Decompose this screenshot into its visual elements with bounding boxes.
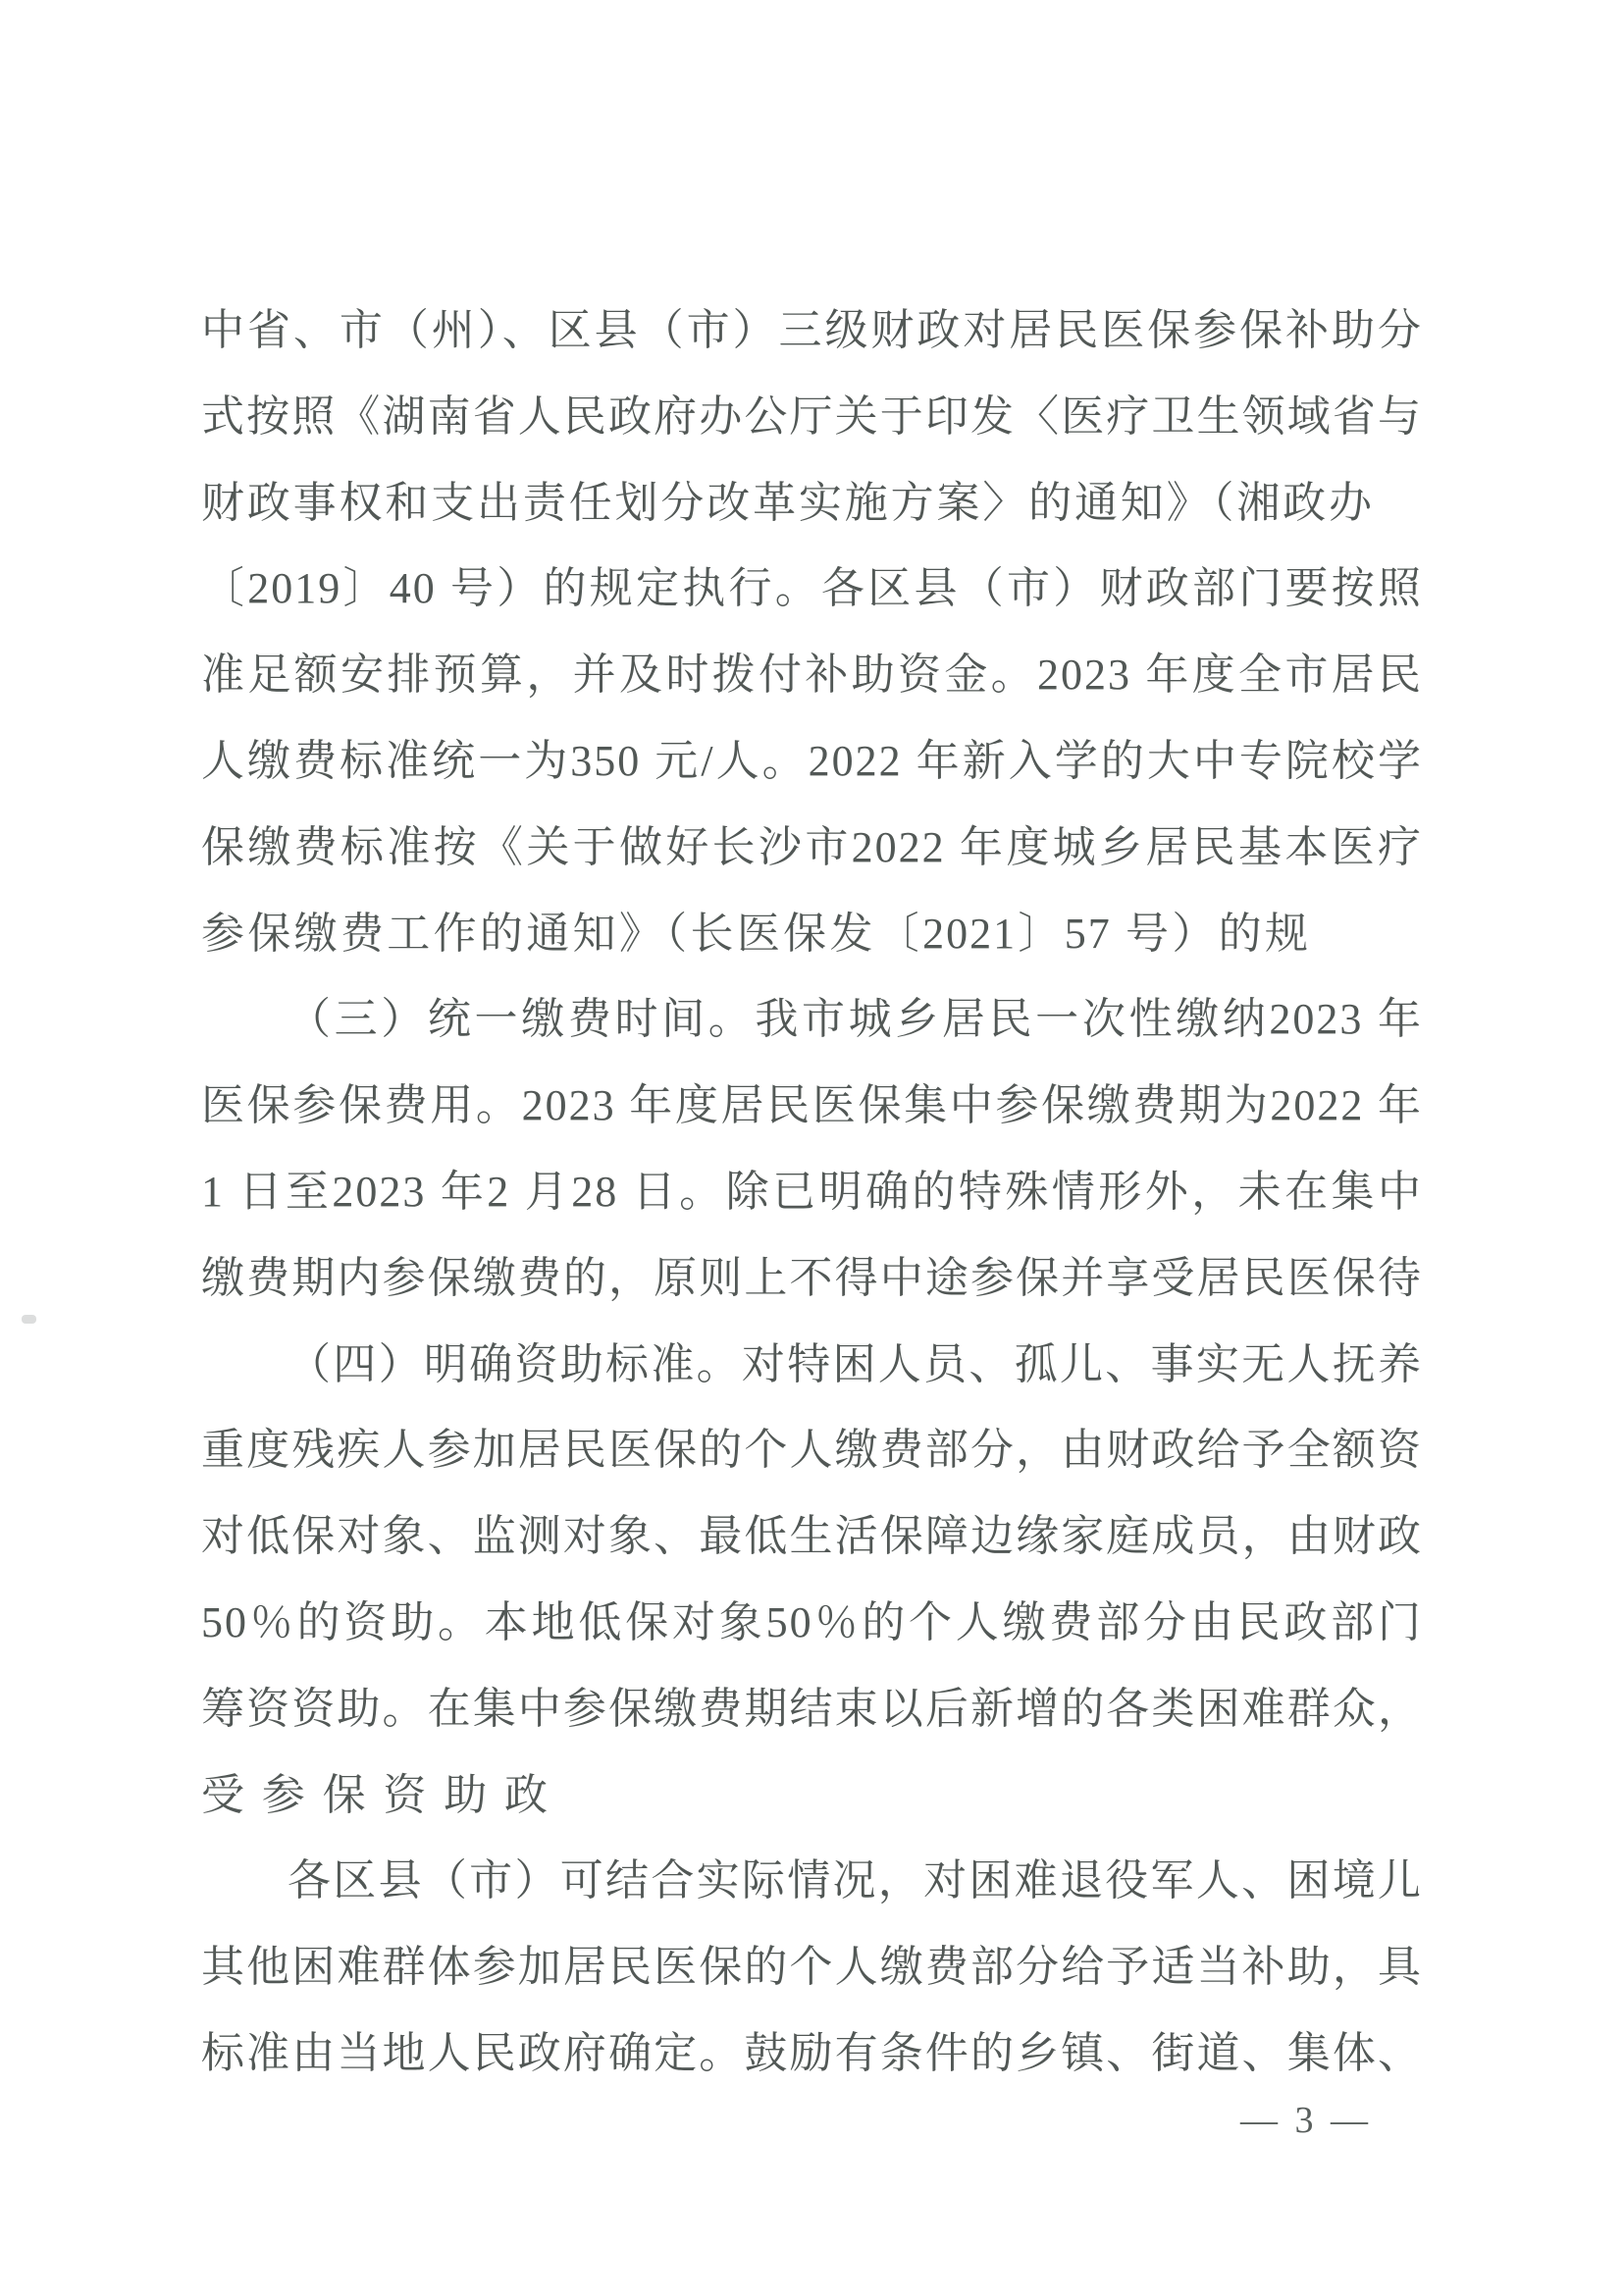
text-line-paragraph-start: 各区县（市）可结合实际情况，对困难退役军人、困境儿童等 bbox=[201, 1838, 1423, 1924]
text-line: 人缴费标准统一为350 元/人。2022 年新入学的大中专院校学生参 bbox=[201, 718, 1423, 805]
text-line: 参保缴费工作的通知》（长医保发〔2021〕57 号）的规定执行。 bbox=[201, 891, 1423, 977]
text-line: 其他困难群体参加居民医保的个人缴费部分给予适当补助，具体 bbox=[201, 1924, 1423, 2010]
text-line: 准足额安排预算，并及时拨付补助资金。2023 年度全市居民医保个 bbox=[201, 632, 1423, 718]
text-line: 〔2019〕40 号）的规定执行。各区县（市）财政部门要按照规定标 bbox=[201, 546, 1423, 632]
text-line: 重度残疾人参加居民医保的个人缴费部分，由财政给予全额资助， bbox=[201, 1407, 1423, 1493]
text-line: 对低保对象、监测对象、最低生活保障边缘家庭成员，由财政给予 bbox=[201, 1493, 1423, 1580]
text-line: 50％的资助。本地低保对象50％的个人缴费部分由民政部门负责 bbox=[201, 1580, 1423, 1666]
scanned-document-page: 中省、市（州）、区县（市）三级财政对居民医保参保补助分担方 式按照《湖南省人民政… bbox=[0, 0, 1623, 2296]
text-line: 受参保资助政策。 bbox=[201, 1752, 1423, 1839]
text-line: 财政事权和支出责任划分改革实施方案〉的通知》（湘政办发 bbox=[201, 460, 1423, 547]
text-line-paragraph-start: （四）明确资助标准。对特困人员、孤儿、事实无人抚养儿童、 bbox=[201, 1322, 1423, 1408]
text-line: 缴费期内参保缴费的，原则上不得中途参保并享受居民医保待遇。 bbox=[201, 1235, 1423, 1322]
text-line: 1 日至2023 年2 月28 日。除已明确的特殊情形外，未在集中参保 bbox=[201, 1149, 1423, 1235]
text-line: 中省、市（州）、区县（市）三级财政对居民医保参保补助分担方 bbox=[201, 287, 1423, 374]
text-line: 医保参保费用。2023 年度居民医保集中参保缴费期为2022 年9 月 bbox=[201, 1063, 1423, 1149]
text-line: 保缴费标准按《关于做好长沙市2022 年度城乡居民基本医疗保险 bbox=[201, 805, 1423, 891]
text-line-paragraph-start: （三）统一缴费时间。我市城乡居民一次性缴纳2023 年度居民 bbox=[201, 976, 1423, 1063]
page-number: — 3 — bbox=[1225, 2096, 1387, 2145]
text-line: 筹资资助。在集中参保缴费期结束以后新增的各类困难群众，不享 bbox=[201, 1666, 1423, 1752]
document-body-text: 中省、市（州）、区县（市）三级财政对居民医保参保补助分担方 式按照《湖南省人民政… bbox=[201, 287, 1423, 2097]
text-line: 式按照《湖南省人民政府办公厅关于印发〈医疗卫生领域省与市县 bbox=[201, 374, 1423, 460]
text-line: 标准由当地人民政府确定。鼓励有条件的乡镇、街道、集体、单位 bbox=[201, 2010, 1423, 2097]
scan-smudge-artifact bbox=[22, 1315, 36, 1324]
